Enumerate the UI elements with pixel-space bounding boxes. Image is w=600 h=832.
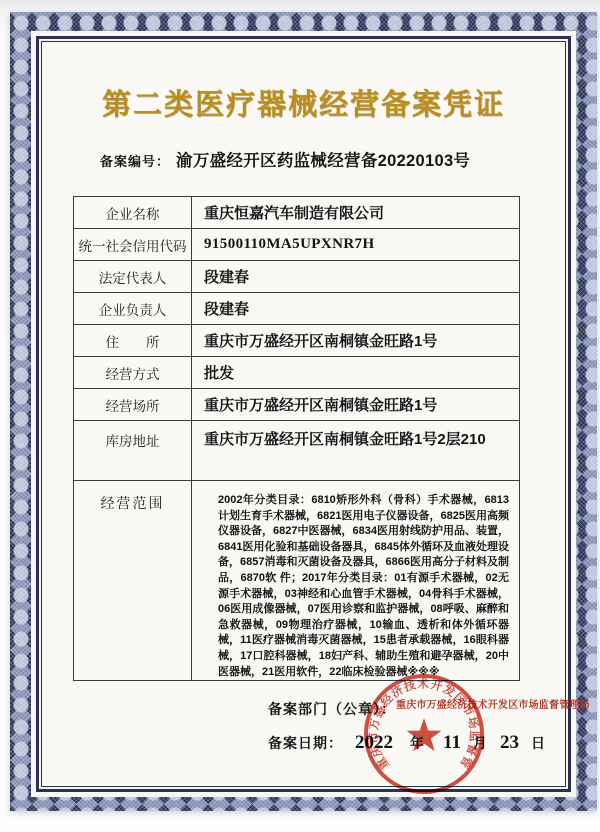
filing-department-value: 重庆市万盛经济技术开发区市场监督管理局 <box>396 700 590 711</box>
border-gap: 第二类医疗器械经营备案凭证 备案编号： 渝万盛经开区药监械经营备20220103… <box>31 31 576 797</box>
table-row: 企业名称 重庆恒嘉汽车制造有限公司 <box>74 197 520 229</box>
row-value: 重庆恒嘉汽车制造有限公司 <box>192 197 520 229</box>
row-label: 企业名称 <box>74 197 192 229</box>
filing-date-year: 2022 <box>355 732 393 754</box>
table-row: 住 所 重庆市万盛经开区南桐镇金旺路1号 <box>74 325 520 357</box>
table-row: 法定代表人 段建春 <box>74 261 520 293</box>
filing-department-line: 备案部门（公章）：重庆市万盛经济技术开发区市场监督管理局 <box>268 699 590 719</box>
row-label: 住 所 <box>74 325 192 357</box>
row-label: 统一社会信用代码 <box>74 229 192 261</box>
record-number-line: 备案编号： 渝万盛经开区药监械经营备20220103号 <box>100 147 565 171</box>
row-value: 重庆市万盛经开区南桐镇金旺路1号 <box>192 325 520 357</box>
certificate: 第二类医疗器械经营备案凭证 备案编号： 渝万盛经开区药监械经营备20220103… <box>10 12 597 811</box>
certificate-photo: 第二类医疗器械经营备案凭证 备案编号： 渝万盛经开区药监械经营备20220103… <box>0 0 600 832</box>
row-label: 企业负责人 <box>74 293 192 325</box>
row-label: 法定代表人 <box>74 261 192 293</box>
record-number-value: 渝万盛经开区药监械经营备20220103号 <box>176 147 470 171</box>
outer-frame: 第二类医疗器械经营备案凭证 备案编号： 渝万盛经开区药监械经营备20220103… <box>36 36 571 792</box>
row-value: 批发 <box>192 357 520 389</box>
certificate-title: 第二类医疗器械经营备案凭证 <box>42 82 565 123</box>
row-label: 库房地址 <box>74 421 192 481</box>
row-value: 重庆市万盛经开区南桐镇金旺路1号2层210 <box>192 421 520 481</box>
row-label: 经营范围 <box>74 481 192 681</box>
table-row: 经营方式 批发 <box>74 357 520 389</box>
filing-date-label: 备案日期： <box>268 733 343 753</box>
row-label: 经营方式 <box>74 357 192 389</box>
row-value: 段建春 <box>192 293 520 325</box>
day-character: 日 <box>531 733 545 753</box>
filing-date-month: 11 <box>443 732 461 754</box>
year-character: 年 <box>410 733 424 753</box>
month-character: 月 <box>473 733 487 753</box>
record-number-label: 备案编号： <box>100 151 170 170</box>
inner-frame: 第二类医疗器械经营备案凭证 备案编号： 渝万盛经开区药监械经营备20220103… <box>41 41 566 787</box>
table-row: 库房地址 重庆市万盛经开区南桐镇金旺路1号2层210 <box>74 421 520 481</box>
row-value: 重庆市万盛经开区南桐镇金旺路1号 <box>192 389 520 421</box>
table-row-business-scope: 经营范围 2002年分类目录：6810矫形外科（骨科）手术器械，6813计划生育… <box>74 481 520 681</box>
info-table: 企业名称 重庆恒嘉汽车制造有限公司 统一社会信用代码 91500110MA5UP… <box>73 196 520 681</box>
row-label: 经营场所 <box>74 389 192 421</box>
filing-department-label: 备案部门（公章）： <box>268 701 396 717</box>
row-value: 段建春 <box>192 261 520 293</box>
row-value: 91500110MA5UPXNR7H <box>192 229 520 261</box>
table-row: 企业负责人 段建春 <box>74 293 520 325</box>
filing-date-line: 备案日期： 2022 年 11 月 23 日 <box>268 732 545 754</box>
business-scope-text: 2002年分类目录：6810矫形外科（骨科）手术器械，6813计划生育手术器械，… <box>192 481 520 681</box>
table-row: 统一社会信用代码 91500110MA5UPXNR7H <box>74 229 520 261</box>
filing-date-day: 23 <box>500 732 519 754</box>
table-row: 经营场所 重庆市万盛经开区南桐镇金旺路1号 <box>74 389 520 421</box>
